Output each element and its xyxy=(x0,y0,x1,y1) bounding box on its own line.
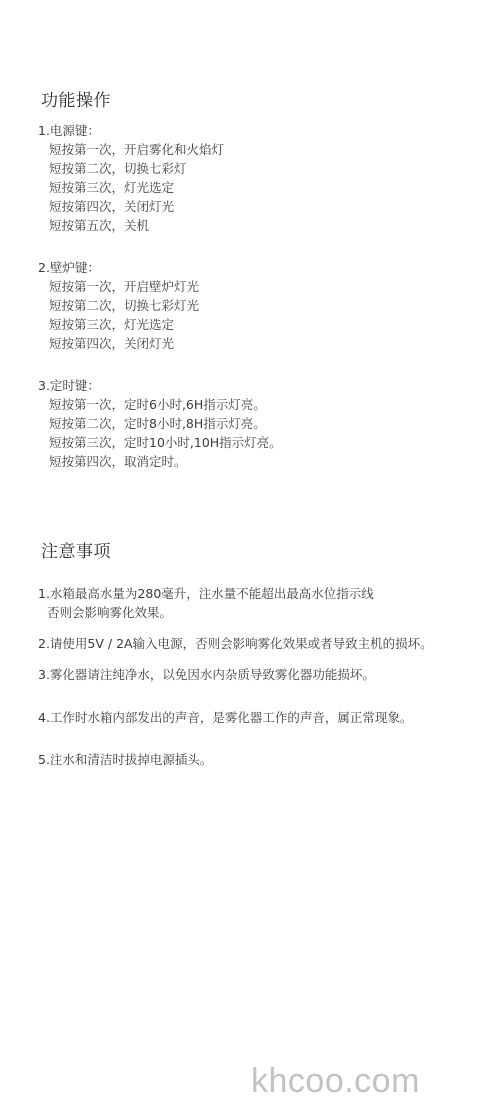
section-title-functions: 功能操作 xyxy=(41,86,111,111)
list-item: 短按第四次，关闭灯光 xyxy=(38,197,224,216)
note-item-2: 2.请使用5V / 2A输入电源，否则会影响雾化效果或者导致主机的损坏。 xyxy=(38,634,433,653)
list-item: 短按第四次，关闭灯光 xyxy=(38,334,199,353)
list-item: 短按第五次，关机 xyxy=(38,216,224,235)
function-group-timer-key: 3.定时键： 短按第一次，定时6小时,6H指示灯亮。 短按第二次，定时8小时,8… xyxy=(38,376,282,471)
group-header: 3.定时键： xyxy=(38,376,282,395)
list-item: 短按第四次，取消定时。 xyxy=(38,452,282,471)
section-title-notes: 注意事项 xyxy=(41,537,111,562)
function-group-fireplace-key: 2.壁炉键： 短按第一次，开启壁炉灯光 短按第二次，切换七彩灯光 短按第三次，灯… xyxy=(38,258,199,353)
group-header: 1.电源键： xyxy=(38,121,224,140)
group-header: 2.壁炉键： xyxy=(38,258,199,277)
function-group-power-key: 1.电源键： 短按第一次，开启雾化和火焰灯 短按第二次，切换七彩灯 短按第三次，… xyxy=(38,121,224,235)
note-item-1: 1.水箱最高水量为280毫升，注水量不能超出最高水位指示线 否则会影响雾化效果。 xyxy=(38,584,374,622)
note-line-continued: 否则会影响雾化效果。 xyxy=(38,603,374,622)
list-item: 短按第一次，定时6小时,6H指示灯亮。 xyxy=(38,395,282,414)
list-item: 短按第三次，灯光选定 xyxy=(38,178,224,197)
list-item: 短按第三次，定时10小时,10H指示灯亮。 xyxy=(38,433,282,452)
list-item: 短按第三次，灯光选定 xyxy=(38,315,199,334)
list-item: 短按第二次，切换七彩灯 xyxy=(38,159,224,178)
note-item-3: 3.雾化器请注纯净水，以免因水内杂质导致雾化器功能损坏。 xyxy=(38,665,375,684)
list-item: 短按第一次，开启雾化和火焰灯 xyxy=(38,140,224,159)
note-line: 1.水箱最高水量为280毫升，注水量不能超出最高水位指示线 xyxy=(38,584,374,603)
note-item-4: 4.工作时水箱内部发出的声音，是雾化器工作的声音，属正常现象。 xyxy=(38,708,412,727)
list-item: 短按第一次，开启壁炉灯光 xyxy=(38,277,199,296)
list-item: 短按第二次，切换七彩灯光 xyxy=(38,296,199,315)
list-item: 短按第二次，定时8小时,8H指示灯亮。 xyxy=(38,414,282,433)
watermark: khcoo.com xyxy=(251,1062,420,1101)
note-item-5: 5.注水和清洁时拔掉电源插头。 xyxy=(38,750,212,769)
